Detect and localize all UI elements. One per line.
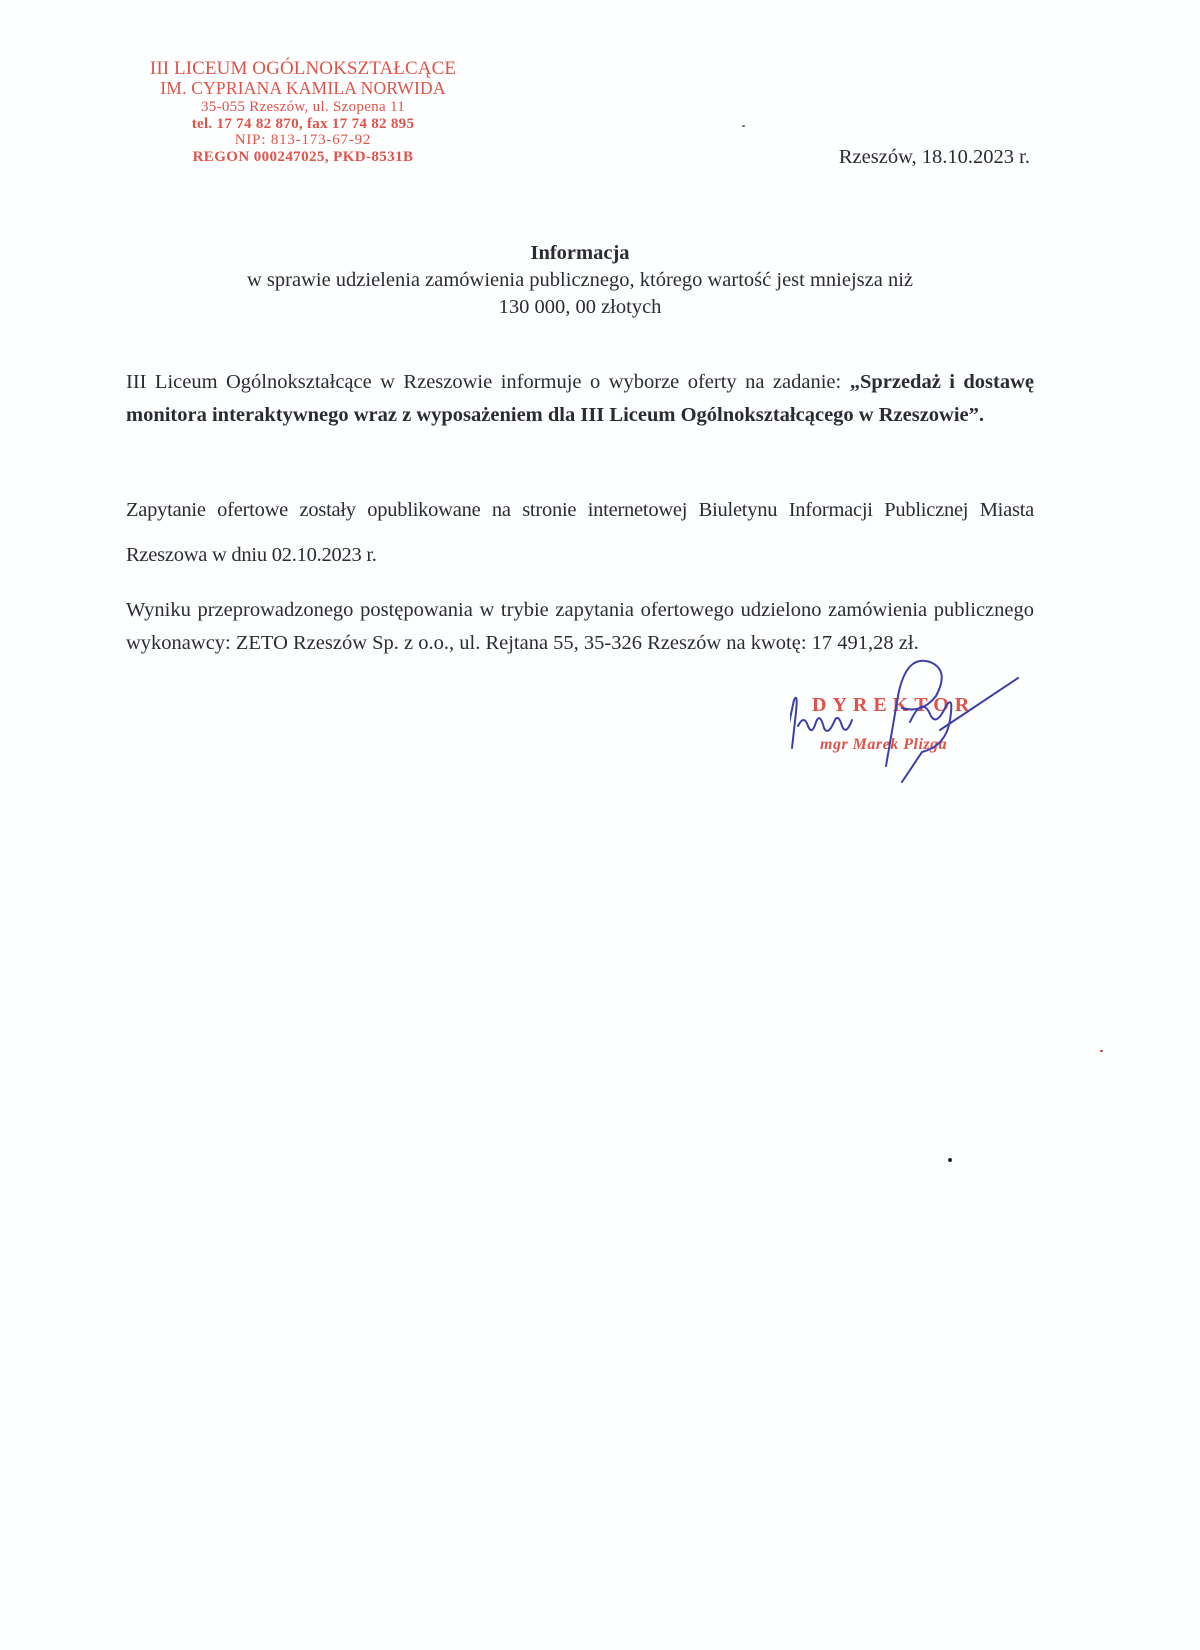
scan-speck xyxy=(1100,1050,1103,1052)
document-subtitle-line-2: 130 000, 00 złotych xyxy=(120,294,1040,321)
document-title: Informacja xyxy=(120,240,1040,267)
stamp-line-address: 35-055 Rzeszów, ul. Szopena 11 xyxy=(148,99,458,116)
handwritten-signature-icon xyxy=(790,656,1020,786)
paragraph-contractor: Wyniku przeprowadzonego postępowania w t… xyxy=(126,594,1034,660)
document-subtitle-line-1: w sprawie udzielenia zamówienia publiczn… xyxy=(120,267,1040,294)
paragraph-offer-intro: III Liceum Ogólnokształcące w Rzeszowie … xyxy=(126,371,850,393)
stamp-line-regon: REGON 000247025, PKD-8531B xyxy=(148,149,458,166)
document-page: III LICEUM OGÓLNOKSZTAŁCĄCE IM. CYPRIANA… xyxy=(0,0,1200,1650)
stamp-line-patron: IM. CYPRIANA KAMILA NORWIDA xyxy=(148,79,458,99)
institution-stamp: III LICEUM OGÓLNOKSZTAŁCĄCE IM. CYPRIANA… xyxy=(148,58,458,166)
stamp-line-school: III LICEUM OGÓLNOKSZTAŁCĄCE xyxy=(148,58,458,79)
stamp-line-phone: tel. 17 74 82 870, fax 17 74 82 895 xyxy=(148,116,458,133)
stamp-line-nip: NIP: 813-173-67-92 xyxy=(148,132,458,149)
signature-block: DYREKTOR mgr Marek Plizga xyxy=(790,656,1020,786)
document-heading: Informacja w sprawie udzielenia zamówien… xyxy=(120,240,1040,321)
paragraph-publication: Zapytanie ofertowe zostały opublikowane … xyxy=(126,488,1034,578)
scan-speck xyxy=(742,125,745,127)
document-date: Rzeszów, 18.10.2023 r. xyxy=(839,146,1030,169)
scan-speck xyxy=(948,1158,952,1162)
paragraph-offer-selection: III Liceum Ogólnokształcące w Rzeszowie … xyxy=(126,366,1034,432)
